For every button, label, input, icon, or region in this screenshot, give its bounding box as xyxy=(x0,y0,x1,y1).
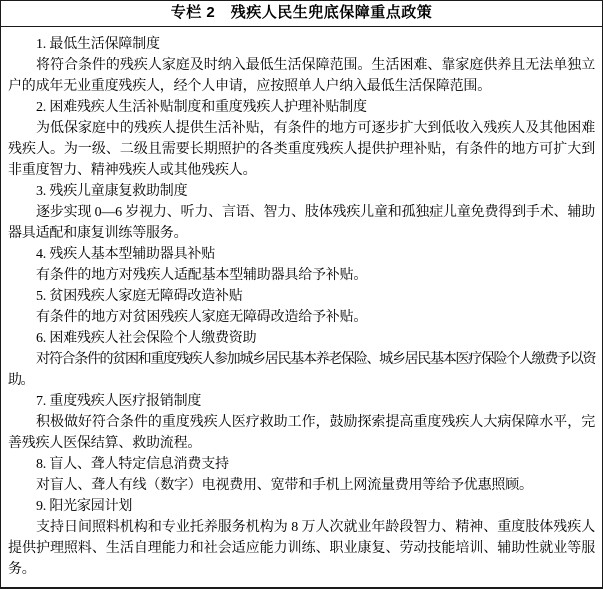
section-7-paragraph: 积极做好符合条件的重度残疾人医疗救助工作，鼓励探索提高重度残疾人大病保障水平，完… xyxy=(8,412,595,454)
section-4-paragraph: 有条件的地方对残疾人适配基本型辅助器具给予补贴。 xyxy=(8,265,595,286)
section-2-heading: 2. 困难残疾人生活补贴制度和重度残疾人护理补贴制度 xyxy=(8,97,595,118)
section-8-heading: 8. 盲人、聋人特定信息消费支持 xyxy=(8,454,595,475)
box-body: 1. 最低生活保障制度 将符合条件的残疾人家庭及时纳入最低生活保障范围。生活困难… xyxy=(1,27,602,586)
section-2-paragraph: 为低保家庭中的残疾人提供生活补贴，有条件的地方可逐步扩大到低收入残疾人及其他困难… xyxy=(8,118,595,181)
section-9-paragraph: 支持日间照料机构和专业托养服务机构为 8 万人次就业年龄段智力、精神、重度肢体残… xyxy=(8,517,595,580)
policy-box: 专栏 2 残疾人民生兜底保障重点政策 1. 最低生活保障制度 将符合条件的残疾人… xyxy=(0,0,603,589)
section-3-heading: 3. 残疾儿童康复救助制度 xyxy=(8,181,595,202)
section-9-heading: 9. 阳光家园计划 xyxy=(8,496,595,517)
box-title: 专栏 2 残疾人民生兜底保障重点政策 xyxy=(1,1,602,27)
section-4-heading: 4. 残疾人基本型辅助器具补贴 xyxy=(8,244,595,265)
section-5-paragraph: 有条件的地方对贫困残疾人家庭无障碍改造给予补贴。 xyxy=(8,307,595,328)
section-5-heading: 5. 贫困残疾人家庭无障碍改造补贴 xyxy=(8,286,595,307)
section-8-paragraph: 对盲人、聋人有线（数字）电视费用、宽带和手机上网流量费用等给予优惠照顾。 xyxy=(8,475,595,496)
section-3-paragraph: 逐步实现 0—6 岁视力、听力、言语、智力、肢体残疾儿童和孤独症儿童免费得到手术… xyxy=(8,202,595,244)
section-7-heading: 7. 重度残疾人医疗报销制度 xyxy=(8,391,595,412)
section-6-heading: 6. 困难残疾人社会保险个人缴费资助 xyxy=(8,328,595,349)
section-1-heading: 1. 最低生活保障制度 xyxy=(8,34,595,55)
section-6-paragraph: 对符合条件的贫困和重度残疾人参加城乡居民基本养老保险、城乡居民基本医疗保险个人缴… xyxy=(8,349,595,391)
section-1-paragraph: 将符合条件的残疾人家庭及时纳入最低生活保障范围。生活困难、靠家庭供养且无法单独立… xyxy=(8,55,595,97)
